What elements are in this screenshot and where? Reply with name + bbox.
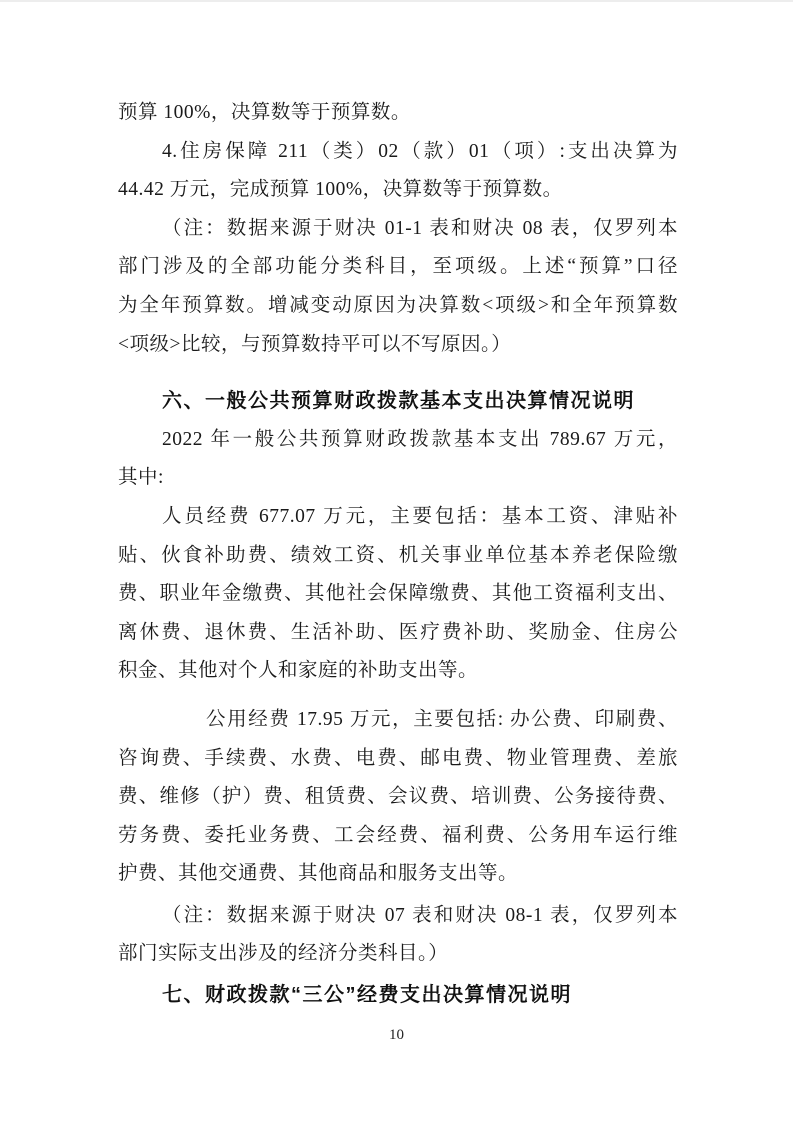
text-line: 咨询费、手续费、水费、电费、邮电费、物业管理费、差旅 (118, 740, 678, 779)
document-page: 预算 100%，决算数等于预算数。4.住房保障 211（类）02（款）01（项）… (0, 0, 793, 1122)
text-line: 人员经费 677.07 万元，主要包括：基本工资、津贴补 (118, 498, 678, 537)
note-functional-classification: （注：数据来源于财决 01-1 表和财决 08 表，仅罗列本部门涉及的全部功能分… (118, 210, 678, 364)
heading-section-6-basic-expenditure: 六、一般公共预算财政拨款基本支出决算情况说明 (118, 382, 678, 421)
note-economic-classification: （注：数据来源于财决 07 表和财决 08-1 表，仅罗列本部门实际支出涉及的经… (118, 897, 678, 974)
text-line: 离休费、退休费、生活补助、医疗费补助、奖励金、住房公 (118, 614, 678, 653)
para-public-expenses: 公用经费 17.95 万元，主要包括: 办公费、印刷费、咨询费、手续费、水费、电… (118, 701, 678, 894)
text-line: 4.住房保障 211（类）02（款）01（项）:支出决算为 (118, 133, 678, 172)
text-line: 部门涉及的全部功能分类科目，至项级。上述“预算”口径 (118, 248, 678, 287)
para-basic-expenditure-total-2022: 2022 年一般公共预算财政拨款基本支出 789.67 万元，其中: (118, 421, 678, 498)
text-line: 费、职业年金缴费、其他社会保障缴费、其他工资福利支出、 (118, 575, 678, 614)
para-continuation-previous-item: 预算 100%，决算数等于预算数。 (118, 94, 678, 133)
text-line: 部门实际支出涉及的经济分类科目。） (118, 935, 678, 974)
text-line: 2022 年一般公共预算财政拨款基本支出 789.67 万元， (118, 421, 678, 460)
text-line: 为全年预算数。增减变动原因为决算数<项级>和全年预算数 (118, 287, 678, 326)
text-line: 44.42 万元，完成预算 100%，决算数等于预算数。 (118, 171, 678, 210)
text-line: 劳务费、委托业务费、工会经费、福利费、公务用车运行维 (118, 817, 678, 856)
text-line: 贴、伙食补助费、绩效工资、机关事业单位基本养老保险缴 (118, 537, 678, 576)
heading-section-7-three-public-funds: 七、财政拨款“三公”经费支出决算情况说明 (118, 976, 678, 1015)
para-housing-security-item-4: 4.住房保障 211（类）02（款）01（项）:支出决算为44.42 万元，完成… (118, 133, 678, 210)
para-personnel-expenses: 人员经费 677.07 万元，主要包括：基本工资、津贴补贴、伙食补助费、绩效工资… (118, 498, 678, 691)
text-line: 积金、其他对个人和家庭的补助支出等。 (118, 652, 678, 691)
text-line: 费、维修（护）费、租赁费、会议费、培训费、公务接待费、 (118, 778, 678, 817)
text-line: （注：数据来源于财决 07 表和财决 08-1 表，仅罗列本 (118, 897, 678, 936)
page-number: 10 (0, 1024, 793, 1046)
text-line: <项级>比较，与预算数持平可以不写原因。） (118, 326, 678, 365)
text-line: 七、财政拨款“三公”经费支出决算情况说明 (118, 976, 678, 1015)
text-line: 六、一般公共预算财政拨款基本支出决算情况说明 (118, 382, 678, 421)
text-line: 预算 100%，决算数等于预算数。 (118, 94, 678, 133)
document-body: 预算 100%，决算数等于预算数。4.住房保障 211（类）02（款）01（项）… (118, 94, 678, 1015)
text-line: 其中: (118, 459, 678, 498)
page-top-edge (0, 0, 793, 2)
text-line: （注：数据来源于财决 01-1 表和财决 08 表，仅罗列本 (118, 210, 678, 249)
text-line: 公用经费 17.95 万元，主要包括: 办公费、印刷费、 (118, 701, 678, 740)
text-line: 护费、其他交通费、其他商品和服务支出等。 (118, 855, 678, 894)
